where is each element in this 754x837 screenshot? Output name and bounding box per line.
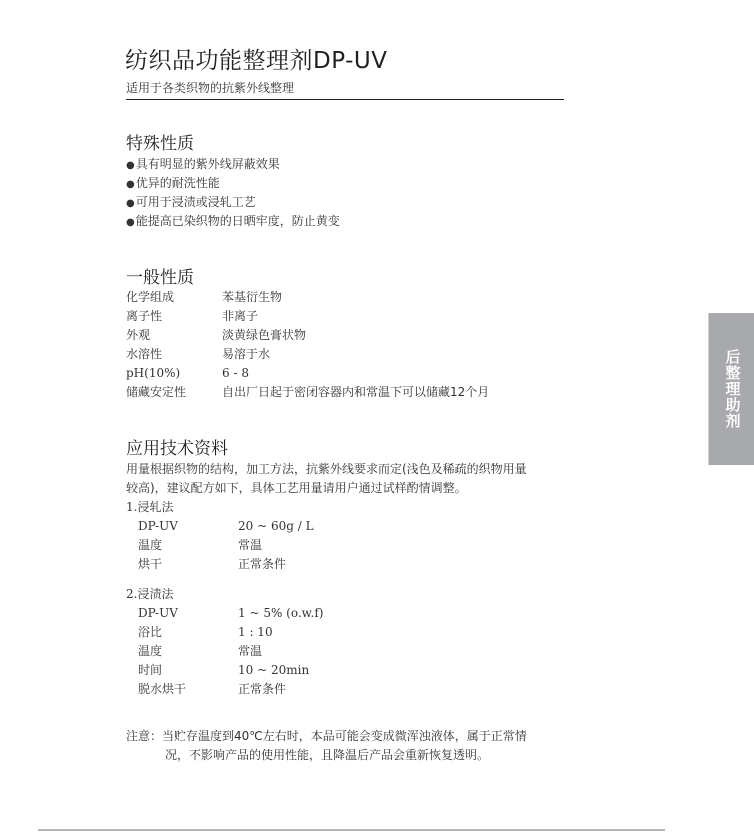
list-item: ●具有明显的紫外线屏蔽效果	[126, 155, 340, 174]
property-value: 非离子	[222, 307, 258, 326]
property-value: 6 - 8	[222, 364, 249, 383]
param-value: 10 ~ 20min	[238, 661, 309, 680]
header-divider	[126, 99, 564, 100]
param-row: 烘干正常条件	[138, 555, 438, 574]
category-side-tab-label: 后整理助剂	[723, 349, 742, 429]
property-label: 化学组成	[126, 288, 174, 307]
method-title: 1.浸轧法	[126, 498, 173, 517]
property-label: 离子性	[126, 307, 162, 326]
param-row: 温度常温	[138, 642, 438, 661]
param-value: 1 : 10	[238, 623, 273, 642]
param-value: 常温	[238, 642, 262, 661]
bullet-icon: ●	[126, 179, 135, 190]
page-title: 纺织品功能整理剂DP-UV	[125, 42, 387, 75]
category-side-tab[interactable]: 后整理助剂	[708, 313, 754, 465]
param-label: DP-UV	[138, 604, 178, 623]
method-params: DP-UV20 ~ 60g / L 温度常温 烘干正常条件	[138, 517, 438, 574]
method-title: 2.浸渍法	[126, 585, 173, 604]
property-label: 外观	[126, 326, 150, 345]
param-value: 1 ~ 5% (o.w.f)	[238, 604, 323, 623]
list-item: ●能提高已染织物的日晒牢度，防止黄变	[126, 212, 340, 231]
param-row: 温度常温	[138, 536, 438, 555]
list-item: ●可用于浸渍或浸轧工艺	[126, 193, 340, 212]
param-value: 正常条件	[238, 555, 286, 574]
param-label: 温度	[138, 536, 162, 555]
bullet-icon: ●	[126, 198, 135, 209]
param-value: 正常条件	[238, 680, 286, 699]
param-row: 脱水烘干正常条件	[138, 680, 438, 699]
bullet-icon: ●	[126, 217, 135, 228]
param-label: 烘干	[138, 555, 162, 574]
param-value: 常温	[238, 536, 262, 555]
param-label: DP-UV	[138, 517, 178, 536]
general-properties-heading: 一般性质	[126, 263, 194, 288]
storage-note: 注意：当贮存温度到40℃左右时，本品可能会变成微浑浊液体，属于正常情 况，不影响…	[126, 727, 527, 765]
application-intro: 用量根据织物的结构，加工方法，抗紫外线要求而定(浅色及稀疏的织物用量 较高)，建…	[126, 460, 527, 498]
param-label: 脱水烘干	[138, 680, 186, 699]
property-label: pH(10%)	[126, 364, 180, 383]
bullet-icon: ●	[126, 160, 135, 171]
property-value: 易溶于水	[222, 345, 270, 364]
list-item: ●优异的耐洗性能	[126, 174, 340, 193]
page-subtitle: 适用于各类织物的抗紫外线整理	[126, 79, 294, 96]
property-value: 苯基衍生物	[222, 288, 282, 307]
param-row: DP-UV20 ~ 60g / L	[138, 517, 438, 536]
property-value: 淡黄绿色膏状物	[222, 326, 306, 345]
special-properties-heading: 特殊性质	[126, 129, 194, 154]
param-label: 时间	[138, 661, 162, 680]
method-params: DP-UV1 ~ 5% (o.w.f) 浴比1 : 10 温度常温 时间10 ~…	[138, 604, 438, 699]
footer-divider	[38, 829, 665, 831]
param-value: 20 ~ 60g / L	[238, 517, 314, 536]
property-label: 储藏安定性	[126, 383, 186, 402]
param-row: 浴比1 : 10	[138, 623, 438, 642]
application-heading: 应用技术资料	[126, 434, 228, 459]
special-properties-list: ●具有明显的紫外线屏蔽效果 ●优异的耐洗性能 ●可用于浸渍或浸轧工艺 ●能提高已…	[126, 155, 340, 231]
property-value: 自出厂日起于密闭容器内和常温下可以储藏12个月	[222, 383, 489, 402]
param-row: DP-UV1 ~ 5% (o.w.f)	[138, 604, 438, 623]
param-label: 温度	[138, 642, 162, 661]
intro-line: 较高)，建议配方如下，具体工艺用量请用户通过试样酌情调整。	[126, 479, 527, 498]
note-line: 注意：当贮存温度到40℃左右时，本品可能会变成微浑浊液体，属于正常情	[126, 727, 527, 746]
note-line: 况，不影响产品的使用性能，且降温后产品会重新恢复透明。	[126, 746, 527, 765]
param-row: 时间10 ~ 20min	[138, 661, 438, 680]
property-label: 水溶性	[126, 345, 162, 364]
intro-line: 用量根据织物的结构，加工方法，抗紫外线要求而定(浅色及稀疏的织物用量	[126, 460, 527, 479]
param-label: 浴比	[138, 623, 162, 642]
